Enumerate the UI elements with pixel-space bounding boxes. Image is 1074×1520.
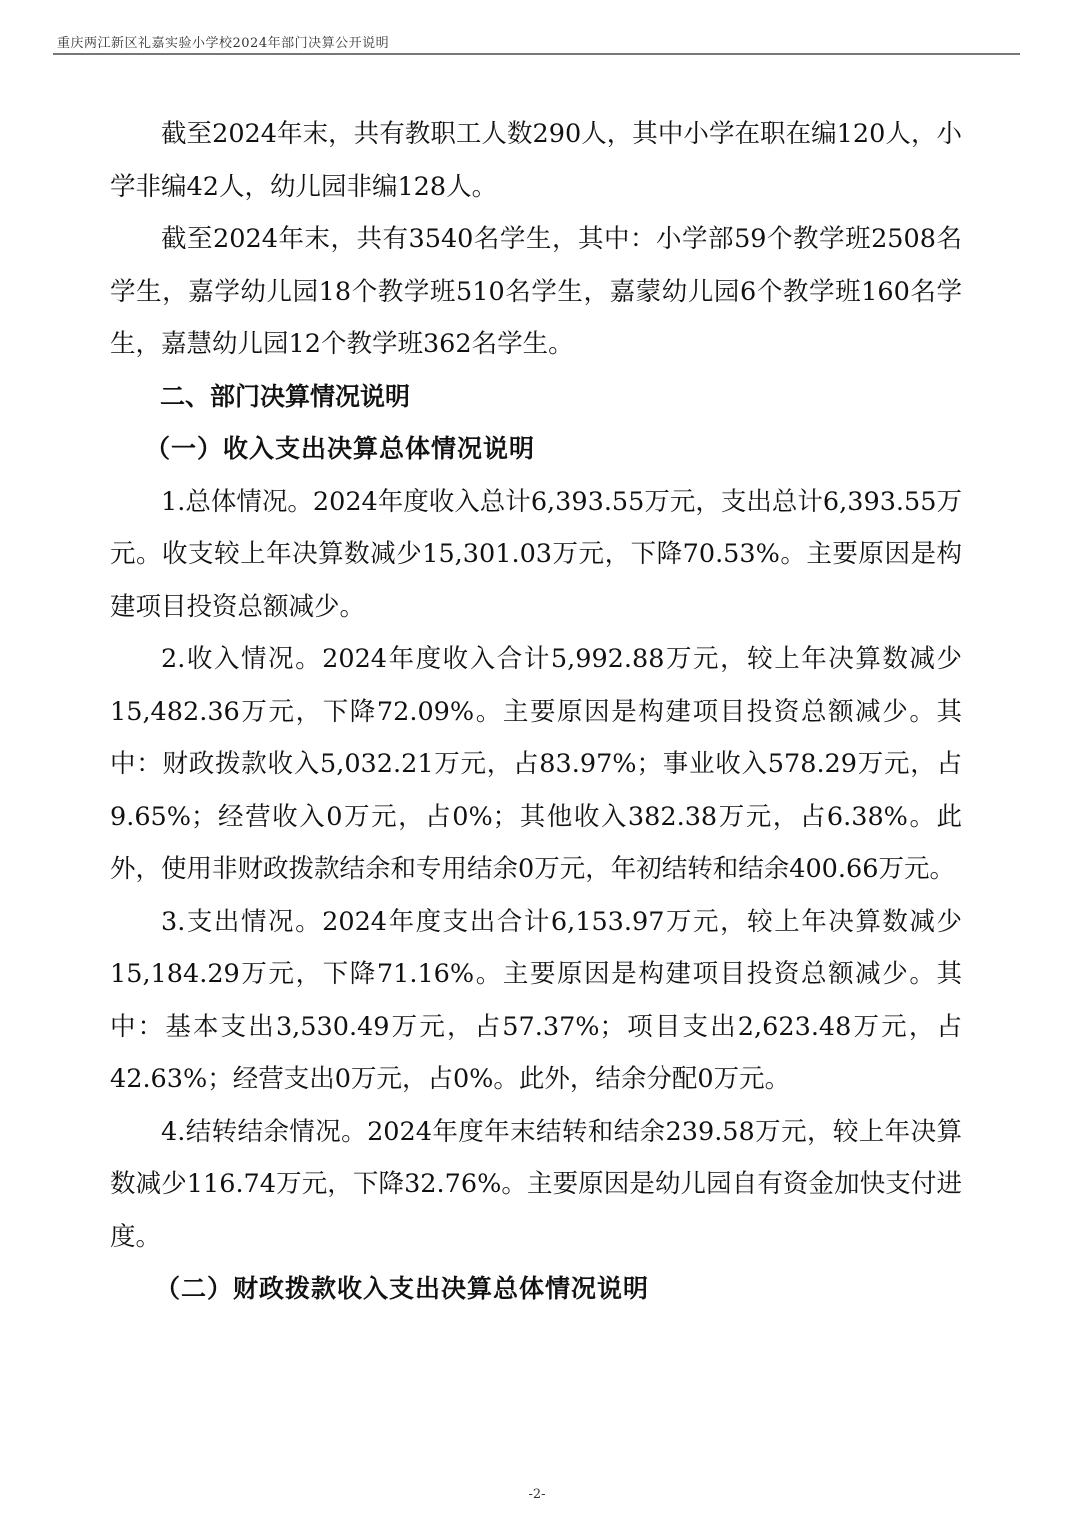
income-paragraph: 2.收入情况。2024年度收入合计5,992.88万元，较上年决算数减少15,4… [110, 633, 962, 896]
students-paragraph: 截至2024年末，共有3540名学生，其中：小学部59个教学班2508名学生，嘉… [110, 213, 962, 371]
page-number: -2- [0, 1487, 1074, 1502]
section-heading: 二、部门决算情况说明 [110, 371, 962, 424]
page-header-title: 重庆两江新区礼嘉实验小学校2024年部门决算公开说明 [57, 32, 389, 51]
subsection-heading-2: （二）财政拨款收入支出决算总体情况说明 [110, 1263, 962, 1316]
expenditure-paragraph: 3.支出情况。2024年度支出合计6,153.97万元，较上年决算数减少15,1… [110, 896, 962, 1106]
staff-paragraph: 截至2024年末，共有教职工人数290人，其中小学在职在编120人，小学非编42… [110, 108, 962, 213]
overall-paragraph: 1.总体情况。2024年度收入总计6,393.55万元，支出总计6,393.55… [110, 476, 962, 634]
header-divider [53, 53, 1020, 55]
carryover-paragraph: 4.结转结余情况。2024年度年末结转和结余239.58万元，较上年决算数减少1… [110, 1106, 962, 1264]
subsection-heading-1: （一）收入支出决算总体情况说明 [110, 423, 962, 476]
document-body: 截至2024年末，共有教职工人数290人，其中小学在职在编120人，小学非编42… [110, 108, 962, 1316]
